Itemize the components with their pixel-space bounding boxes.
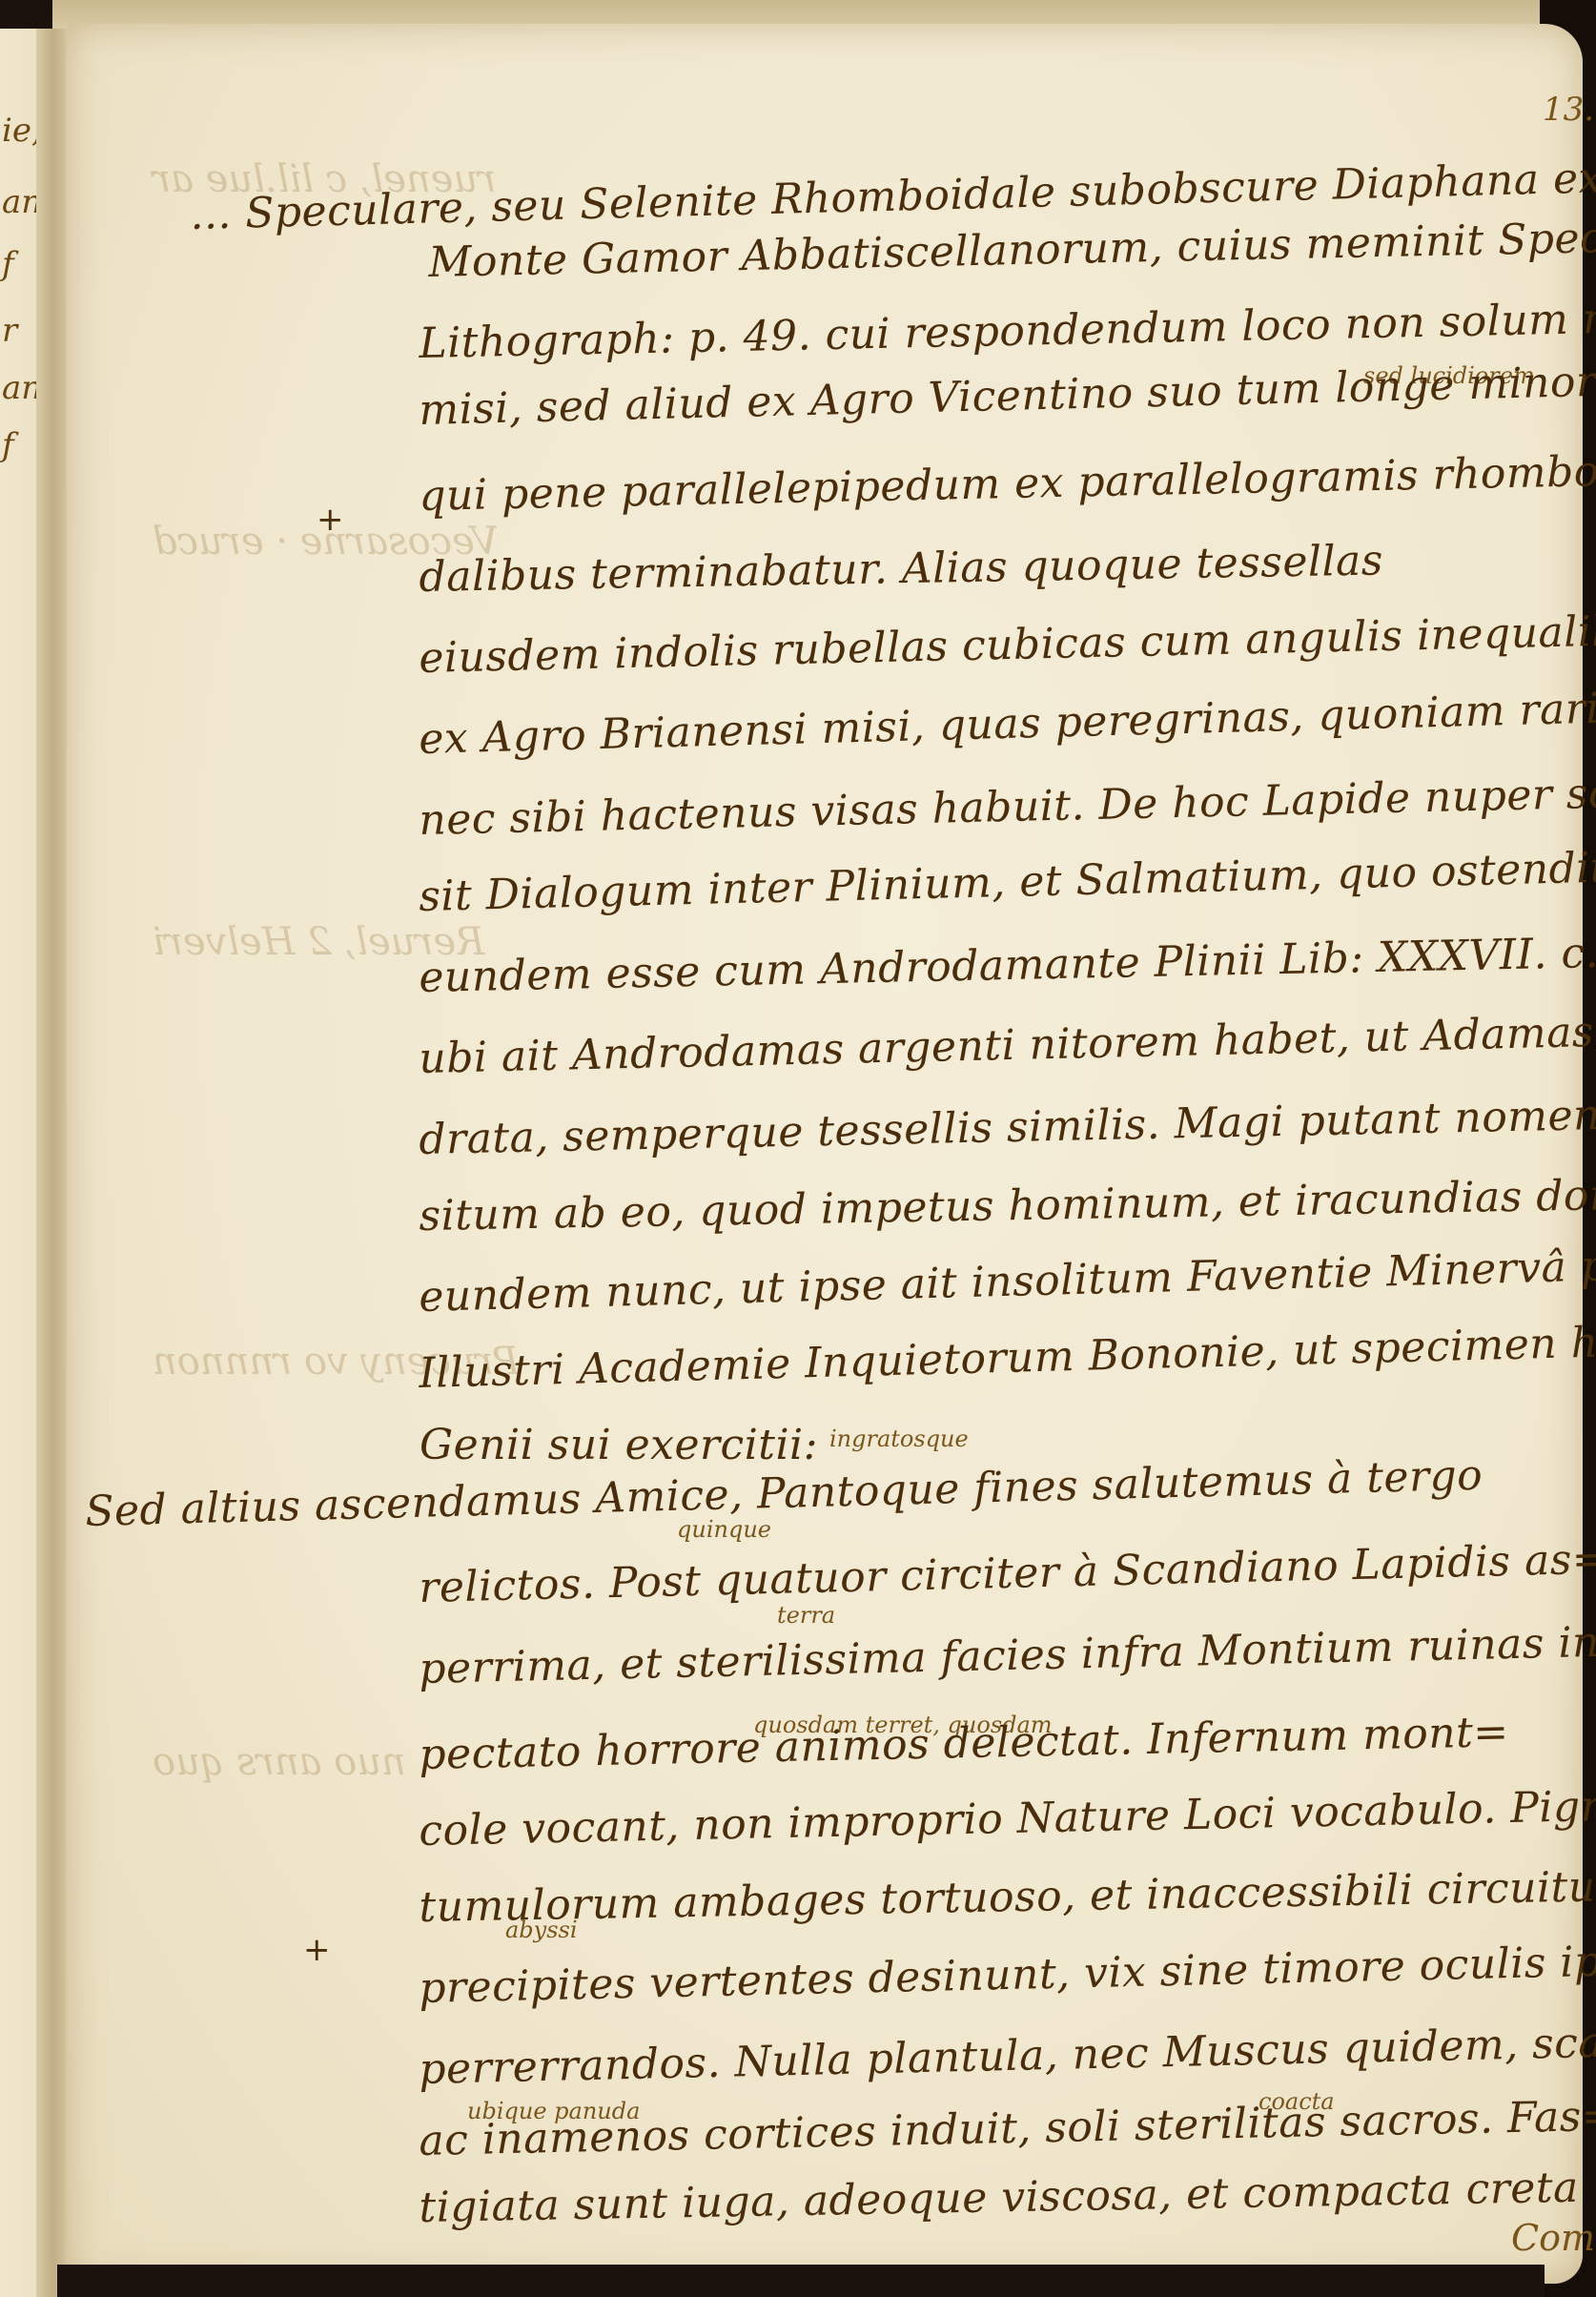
text-line: sit Dialogum inter Plinium, et Salmatium… — [419, 844, 1596, 921]
text-line: drata, semperque tessellis similis. Magi… — [419, 1088, 1596, 1164]
folio-number: 13. — [1543, 91, 1594, 129]
text-line: tumulorum ambages tortuoso, et inaccessi… — [419, 1861, 1596, 1932]
text-line: misi, sed aliud ex Agro Vicentino suo tu… — [419, 356, 1596, 435]
left-fragment: f — [2, 248, 14, 280]
text-line: tigiata sunt iuga, adeoque viscosa, et c… — [419, 2164, 1579, 2232]
text-line: perrima, et sterilissima facies infra Mo… — [419, 1616, 1596, 1693]
text-line: ubi ait Androdamas argenti nitorem habet… — [419, 1005, 1596, 1083]
left-fragment: f — [2, 429, 14, 461]
interlinear-insertion: ingratosque — [829, 1425, 969, 1452]
text-line: perrerrandos. Nulla plantula, nec Muscus… — [419, 2016, 1596, 2094]
text-line: ex Agro Brianensi misi, quas peregrinas,… — [419, 682, 1596, 764]
text-line: situm ab eo, quod impetus hominum, et ir… — [419, 1167, 1596, 1241]
text-line: dalibus terminabatur. Alias quoque tesse… — [419, 536, 1383, 602]
left-fragment: r — [2, 315, 17, 347]
text-line: eiusdem indolis rubellas cubicas cum ang… — [419, 605, 1596, 683]
text-line: Genii sui exercitii: — [419, 1421, 818, 1469]
text-line: relictos. Post quatuor circiter à Scandi… — [419, 1535, 1596, 1612]
text-line: precipites vertentes desinunt, vix sine … — [419, 1936, 1596, 2013]
text-line: Illustri Academie Inquietorum Bononie, u… — [419, 1315, 1596, 1398]
text-line: eundem nunc, ut ipse ait insolitum Faven… — [419, 1238, 1596, 1322]
text-line: nec sibi hactenus visas habuit. De hoc L… — [419, 767, 1596, 845]
margin-cross-mark: + — [317, 501, 344, 539]
catchword: Com= — [1511, 2217, 1596, 2259]
text-line: qui pene parallelepipedum ex parallelogr… — [419, 446, 1596, 521]
margin-cross-mark: + — [303, 1931, 331, 1969]
text-line: cole vocant, non improprio Nature Loci v… — [419, 1779, 1596, 1856]
manuscript-page: ruenel, c lil.lue ar Vecosarne · erucd R… — [67, 24, 1583, 2284]
interlinear-insertion: terra — [777, 1602, 835, 1629]
background-dark-bottom — [57, 2265, 1545, 2297]
text-line: Lithograph: p. 49. cui respondendum loco… — [419, 291, 1596, 368]
bleed-through: nuo anrs quo — [153, 1740, 406, 1784]
text-line: pectato horrore animos delectat. Infernu… — [419, 1708, 1509, 1779]
text-line: eundem esse cum Androdamante Plinii Lib:… — [419, 927, 1596, 1002]
